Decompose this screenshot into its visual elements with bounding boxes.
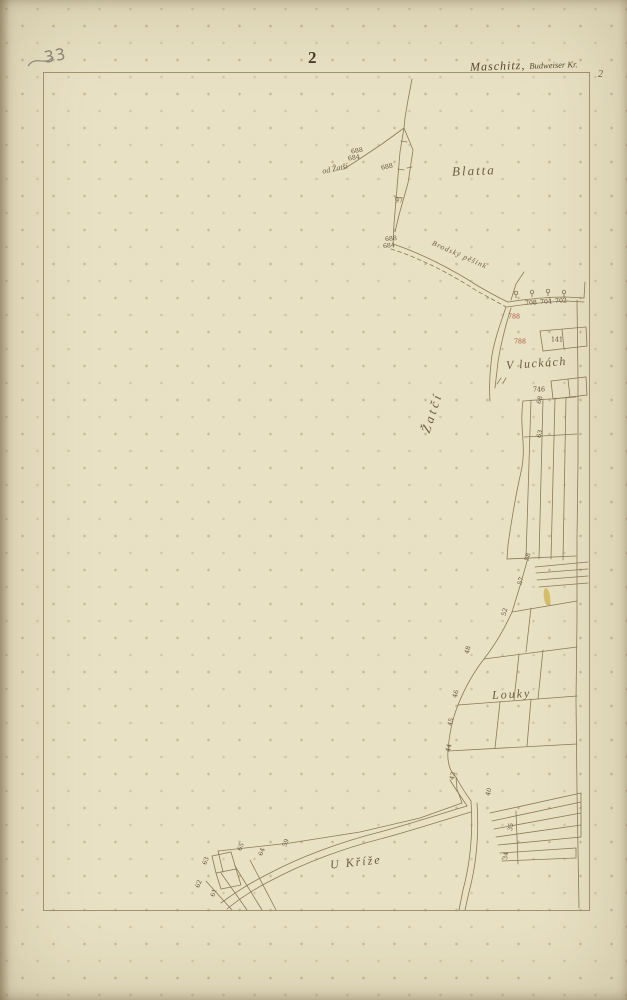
parcel-number: 97 — [395, 198, 403, 204]
pencil-sheet-number: 33 — [43, 44, 68, 67]
parcel-number: 45 — [447, 717, 455, 726]
label-louky: Louky — [492, 686, 532, 703]
section-number: 2 — [308, 48, 317, 68]
corner-sheet-number: 2 — [598, 69, 603, 80]
parcel-number: 704 — [540, 299, 552, 306]
label-blatta: Blatta — [452, 162, 496, 180]
parcel-number: 57 — [517, 576, 525, 585]
parcel-numbers-layer: 6886846889768868470870470278878814174668… — [0, 0, 627, 1000]
parcel-number: 61 — [210, 888, 219, 898]
parcel-number: 141 — [551, 337, 563, 343]
parcel-number: 68 — [536, 395, 544, 404]
parcel-number: 40 — [485, 787, 493, 796]
parcel-number: 58 — [524, 552, 532, 561]
parcel-number: 34 — [502, 852, 510, 861]
parcel-number: 64 — [258, 847, 267, 857]
parcel-number: 46 — [452, 689, 460, 698]
parcel-number: 63 — [536, 429, 544, 438]
parcel-number: 788 — [508, 314, 520, 320]
parcel-number: 708 — [525, 300, 537, 307]
sheet-header-district: Budweiser Kr. — [529, 59, 577, 71]
parcel-number: 688 — [381, 163, 394, 172]
parcel-number: 44 — [445, 743, 453, 752]
parcel-number: 43 — [449, 771, 457, 780]
parcel-number: 702 — [555, 298, 567, 305]
parcel-number: 65 — [237, 842, 246, 852]
sheet-header: Maschitz, Budweiser Kr. — [470, 54, 578, 76]
parcel-number: 59 — [282, 838, 291, 848]
parcel-number: 788 — [514, 339, 526, 345]
parcel-number: 52 — [501, 607, 509, 616]
parcel-number: 48 — [464, 645, 472, 654]
parcel-number: 63 — [202, 856, 211, 866]
map-sheet: 33 2 Maschitz, Budweiser Kr. 2 od Žatší … — [0, 0, 627, 1000]
parcel-number: 684 — [348, 154, 361, 162]
parcel-number: 35 — [507, 823, 515, 832]
parcel-number: 746 — [533, 387, 545, 393]
parcel-number: 684 — [383, 242, 396, 249]
parcel-number: 62 — [195, 879, 204, 889]
sheet-header-place: Maschitz, — [470, 58, 526, 74]
